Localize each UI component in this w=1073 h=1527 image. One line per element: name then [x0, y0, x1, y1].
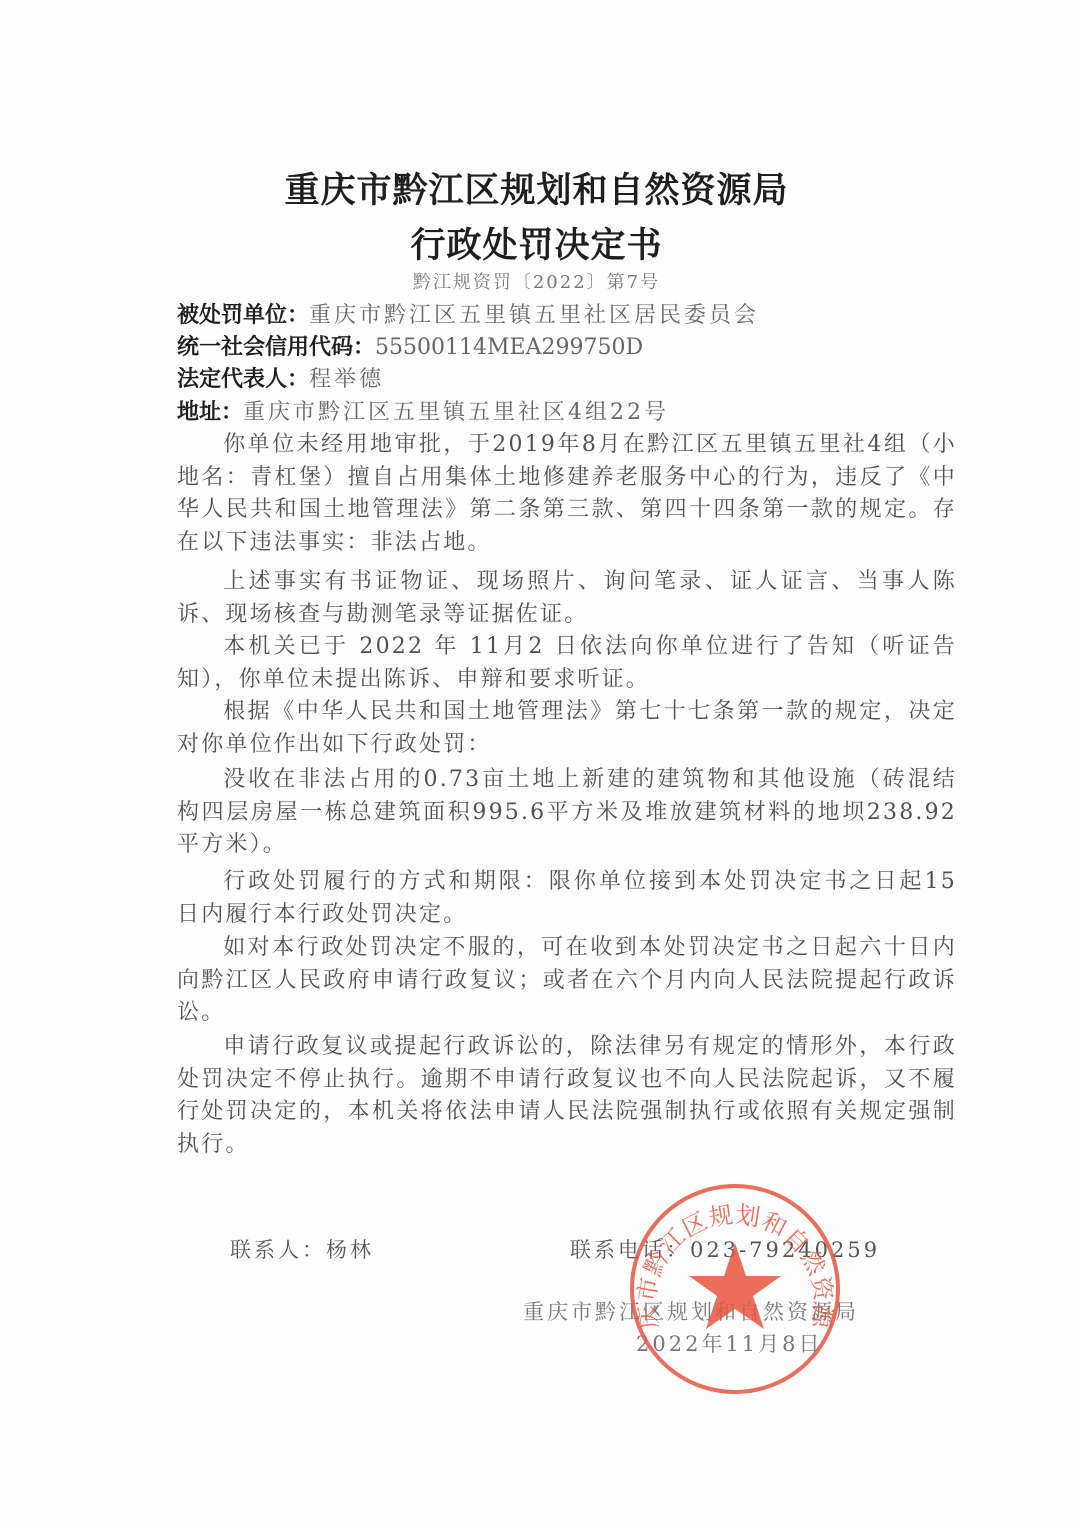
paragraph-evidence: 上述事实有书证物证、现场照片、询问笔录、证人证言、当事人陈诉、现场核查与勘测笔录… — [177, 566, 957, 631]
field-value: 55500114MEA299750D — [375, 335, 643, 360]
field-label: 统一社会信用代码： — [177, 335, 375, 360]
paragraph-violation: 你单位未经用地审批，于2019年8月在黔江区五里镇五里社4组（小地名：青杠堡）擅… — [177, 429, 957, 559]
document-number: 黔江规资罚〔2022〕第7号 — [0, 268, 1073, 294]
field-label: 法定代表人： — [177, 367, 309, 392]
official-seal-icon: 重庆市黔江区规划和自然资源局 — [627, 1181, 843, 1397]
penalized-unit-row: 被处罚单位：重庆市黔江区五里镇五里社区居民委员会 — [177, 300, 957, 332]
legal-representative-row: 法定代表人：程举德 — [177, 364, 957, 396]
document-type-title: 行政处罚决定书 — [0, 218, 1073, 268]
field-value: 程举德 — [309, 367, 384, 392]
field-value: 重庆市黔江区五里镇五里社区居民委员会 — [309, 303, 759, 328]
credit-code-row: 统一社会信用代码：55500114MEA299750D — [177, 332, 957, 364]
field-label: 被处罚单位： — [177, 303, 309, 328]
paragraph-notice: 本机关已于 2022 年 11月2 日依法向你单位进行了告知（听证告知），你单位… — [177, 631, 957, 696]
paragraph-legal-basis: 根据《中华人民共和国土地管理法》第七十七条第一款的规定，决定对你单位作出如下行政… — [177, 696, 957, 761]
address-row: 地址：重庆市黔江区五里镇五里社区4组22号 — [177, 397, 957, 429]
contact-person: 联系人：杨林 — [230, 1234, 374, 1264]
agency-title: 重庆市黔江区规划和自然资源局 — [0, 163, 1073, 213]
field-value: 重庆市黔江区五里镇五里社区4组22号 — [243, 400, 669, 425]
paragraph-penalty: 没收在非法占用的0.73亩土地上新建的建筑物和其他设施（砖混结构四层房屋一栋总建… — [177, 764, 957, 862]
document-page: 重庆市黔江区规划和自然资源局 行政处罚决定书 黔江规资罚〔2022〕第7号 被处… — [0, 0, 1073, 1527]
paragraph-appeal: 如对本行政处罚决定不服的，可在收到本处罚决定书之日起六十日内向黔江区人民政府申请… — [177, 932, 957, 1030]
paragraph-enforcement: 申请行政复议或提起行政诉讼的，除法律另有规定的情形外，本行政处罚决定不停止执行。… — [177, 1031, 957, 1161]
paragraph-deadline: 行政处罚履行的方式和期限：限你单位接到本处罚决定书之日起15日内履行本行政处罚决… — [177, 866, 957, 931]
field-label: 地址： — [177, 400, 243, 425]
